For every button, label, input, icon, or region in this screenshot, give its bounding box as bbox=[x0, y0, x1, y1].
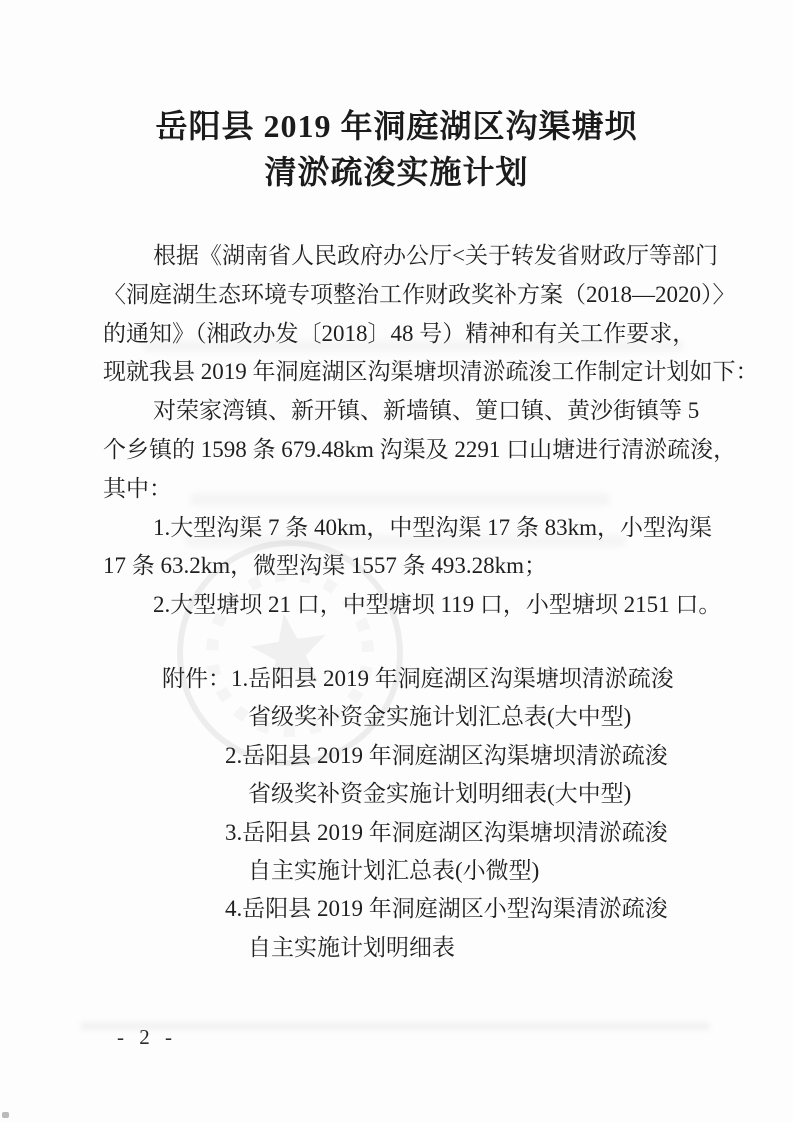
attachment-line: 自主实施计划汇总表(小微型) bbox=[103, 852, 743, 890]
body-line: 的通知》（湘政办发〔2018〕48 号）精神和有关工作要求， bbox=[103, 315, 743, 354]
attachment-list: 附件：1.岳阳县 2019 年洞庭湖区沟渠塘坝清淤疏浚 省级奖补资金实施计划汇总… bbox=[103, 660, 743, 967]
body-line: 1.大型沟渠 7 条 40km，中型沟渠 17 条 83km，小型沟渠 bbox=[103, 509, 743, 548]
body-line: 其中： bbox=[103, 470, 743, 509]
attachment-line: 省级奖补资金实施计划汇总表(大中型) bbox=[103, 698, 743, 736]
scanned-document-page: 岳阳县 2019 年洞庭湖区沟渠塘坝 清淤疏浚实施计划 根据《湖南省人民政府办公… bbox=[0, 0, 793, 1122]
attachment-line: 4.岳阳县 2019 年洞庭湖区小型沟渠清淤疏浚 bbox=[103, 890, 743, 928]
body-line: 〈洞庭湖生态环境专项整治工作财政奖补方案（2018—2020）〉 bbox=[103, 276, 743, 315]
body-line: 根据《湖南省人民政府办公厅<关于转发省财政厅等部门 bbox=[103, 237, 743, 276]
body-line: 对荣家湾镇、新开镇、新墙镇、筻口镇、黄沙街镇等 5 bbox=[103, 392, 743, 431]
page-number: - 2 - bbox=[117, 1024, 177, 1050]
scan-edge-artifact bbox=[2, 1112, 9, 1118]
body-line: 17 条 63.2km，微型沟渠 1557 条 493.28km； bbox=[103, 547, 743, 586]
title-line-1: 岳阳县 2019 年洞庭湖区沟渠塘坝 bbox=[0, 103, 793, 149]
body-line: 个乡镇的 1598 条 679.48km 沟渠及 2291 口山塘进行清淤疏浚， bbox=[103, 431, 743, 470]
document-title: 岳阳县 2019 年洞庭湖区沟渠塘坝 清淤疏浚实施计划 bbox=[0, 103, 793, 195]
document-body: 根据《湖南省人民政府办公厅<关于转发省财政厅等部门 〈洞庭湖生态环境专项整治工作… bbox=[103, 237, 743, 625]
attachment-line: 自主实施计划明细表 bbox=[103, 929, 743, 967]
attachment-line: 附件：1.岳阳县 2019 年洞庭湖区沟渠塘坝清淤疏浚 bbox=[103, 660, 743, 698]
body-line: 2.大型塘坝 21 口，中型塘坝 119 口，小型塘坝 2151 口。 bbox=[103, 586, 743, 625]
body-line: 现就我县 2019 年洞庭湖区沟渠塘坝清淤疏浚工作制定计划如下： bbox=[103, 353, 743, 392]
attachment-line: 2.岳阳县 2019 年洞庭湖区沟渠塘坝清淤疏浚 bbox=[103, 737, 743, 775]
attachment-line: 3.岳阳县 2019 年洞庭湖区沟渠塘坝清淤疏浚 bbox=[103, 814, 743, 852]
attachment-line: 省级奖补资金实施计划明细表(大中型) bbox=[103, 775, 743, 813]
title-line-2: 清淤疏浚实施计划 bbox=[0, 149, 793, 195]
